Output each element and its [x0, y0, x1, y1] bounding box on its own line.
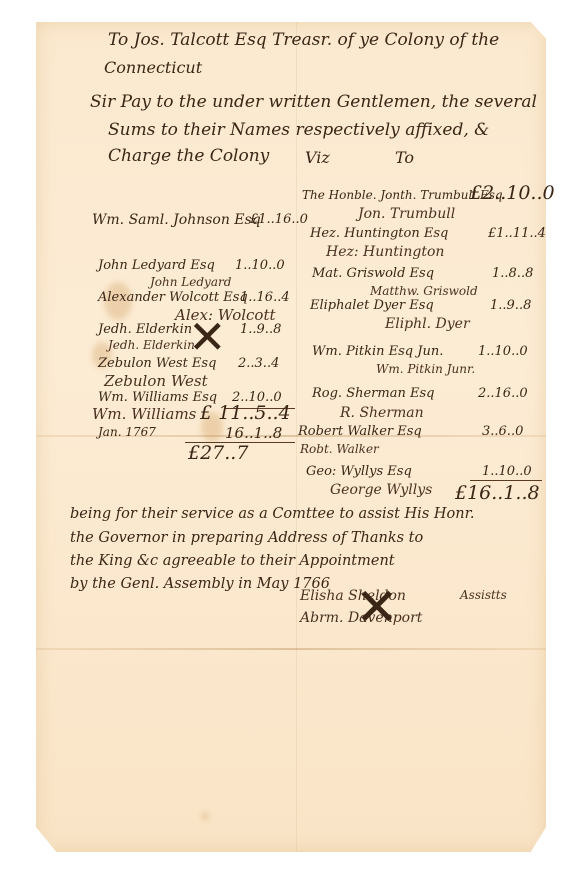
closing-line-2: the Governor in preparing Address of Tha… [70, 530, 423, 546]
right-entry-name: Rog. Sherman Esq [312, 386, 434, 401]
right-entry-name: Mat. Griswold Esq [312, 266, 434, 281]
fold-line-vertical [296, 22, 297, 852]
signatory-suffix: Assistts [460, 588, 507, 602]
right-entry-signature: Eliphl. Dyer [385, 316, 470, 332]
to-label: To [395, 148, 414, 167]
right-entry-signature: R. Sherman [340, 405, 424, 421]
cancellation-mark: ✕ [188, 310, 227, 364]
body-line-2: Sums to their Names respectively affixed… [108, 120, 489, 140]
fold-line-horizontal [36, 648, 546, 650]
right-entry-amount: 1..10..0 [478, 344, 528, 359]
right-entry-name: Hez. Huntington Esq [310, 226, 448, 241]
body-line-3: Charge the Colony [108, 146, 269, 166]
left-entry-name: Alexander Wolcott Esq [98, 290, 248, 305]
right-entry-signature: George Wyllys [330, 482, 432, 498]
address-line: To Jos. Talcott Esq Treasr. of ye Colony… [108, 30, 499, 50]
left-signoff-name: Wm. Williams [92, 405, 196, 423]
stain [201, 812, 209, 820]
left-entry-amount: 2..3..4 [238, 356, 279, 371]
left-entry-signature: Zebulon West [104, 372, 208, 390]
left-entry-signature: John Ledyard [150, 275, 231, 289]
left-entry-amount: 1..9..8 [240, 322, 281, 337]
closing-line-1: being for their service as a Comttee to … [70, 506, 475, 522]
right-entry-signature: Hez: Huntington [326, 244, 444, 260]
left-signoff-date: Jan. 1767 [98, 425, 156, 439]
left-entry-name: John Ledyard Esq [98, 258, 215, 273]
right-entry-name: Robert Walker Esq [298, 424, 422, 439]
right-entry-signature: Jon. Trumbull [358, 206, 455, 222]
viz-label: Viz [305, 148, 330, 167]
left-entry-amount: 1..10..0 [235, 258, 285, 273]
right-total: £16..1..8 [455, 482, 540, 504]
right-total-rule [470, 480, 542, 481]
right-entry-signature: Wm. Pitkin Junr. [376, 362, 475, 376]
right-entry-amount: 1..8..8 [492, 266, 533, 281]
closing-line-3: the King &c agreeable to their Appointme… [70, 553, 395, 569]
right-entry-amount: £1..11..4 [488, 226, 546, 241]
left-entry-signature: Jedh. Elderkin [108, 338, 195, 352]
signature-cancellation-mark: ✕ [355, 578, 399, 638]
right-entry-signature: Matthw. Griswold [370, 284, 478, 298]
address-continued: Connecticut [104, 58, 202, 77]
right-entry-amount: 2..16..0 [478, 386, 528, 401]
body-line-1: Sir Pay to the under written Gentlemen, … [90, 92, 537, 112]
left-entry-name: Jedh. Elderkin [98, 322, 192, 337]
right-entry-signature: Robt. Walker [300, 442, 379, 456]
left-entry-name: Wm. Saml. Johnson Esq [92, 212, 261, 228]
left-subtotal: £ 11..5..4 [200, 402, 291, 424]
right-entry-name: Eliphalet Dyer Esq [310, 298, 434, 313]
right-entry-amount: £2..10..0 [470, 182, 555, 204]
left-entry-amount: 1..16..4 [240, 290, 290, 305]
right-entry-amount: 3..6..0 [482, 424, 523, 439]
right-entry-amount: 1..10..0 [482, 464, 532, 479]
right-entry-name: Geo: Wyllys Esq [306, 464, 412, 479]
right-entry-amount: 1..9..8 [490, 298, 531, 313]
grand-total: £27..7 [188, 442, 248, 464]
right-carry-amount: 16..1..8 [225, 424, 282, 442]
left-entry-amount: £1..16..0 [250, 212, 308, 227]
right-entry-name: Wm. Pitkin Esq Jun. [312, 344, 443, 359]
closing-line-4: by the Genl. Assembly in May 1766 [70, 576, 330, 592]
